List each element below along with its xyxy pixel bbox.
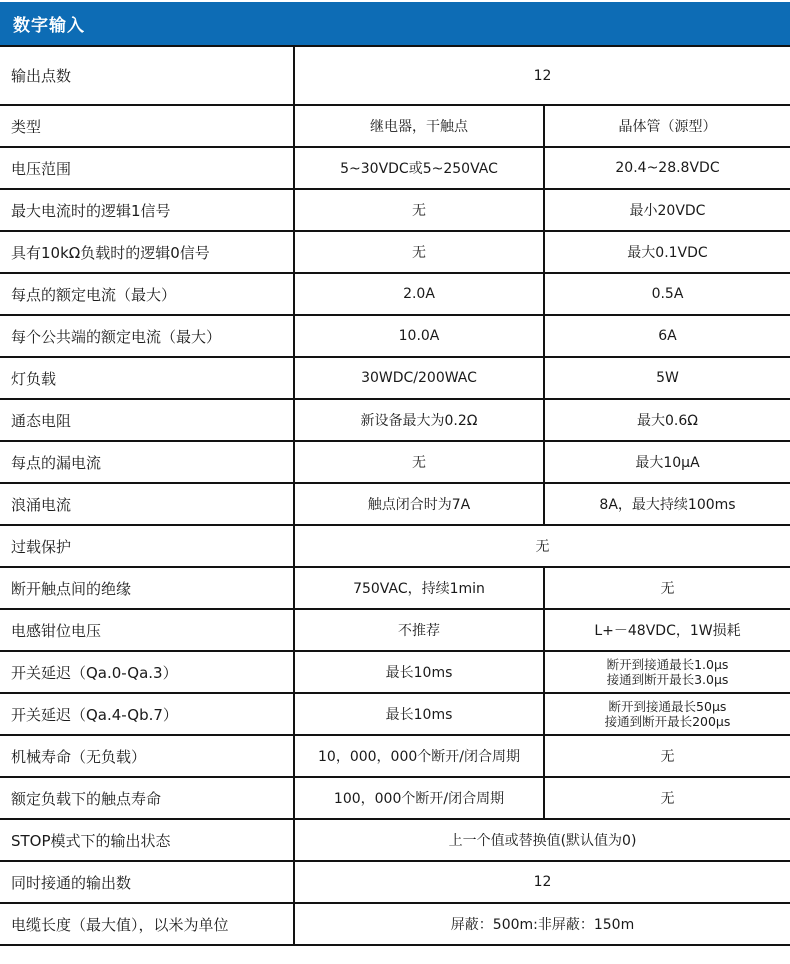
table-row: 每点的额定电流（最大）2.0A0.5A (0, 274, 790, 316)
table-header-title: 数字输入 (13, 11, 85, 36)
row-value-span: 屏蔽：500m:非屏蔽：150m (295, 904, 790, 944)
row-value-multiline: 断开到接通最长50μs接通到断开最长200μs (605, 699, 731, 729)
row-value-span: 无 (295, 526, 790, 566)
row-label: 开关延迟（Qa.0-Qa.3） (0, 652, 295, 692)
row-value-transistor-column: 断开到接通最长50μs接通到断开最长200μs (545, 694, 790, 734)
row-label: 通态电阻 (0, 400, 295, 440)
row-value-relay-column: 无 (295, 442, 545, 482)
row-label: 具有10kΩ负载时的逻辑0信号 (0, 232, 295, 272)
table-header: 数字输入 (0, 2, 790, 47)
row-value-relay-column: 750VAC，持续1min (295, 568, 545, 608)
table-row: 开关延迟（Qa.4-Qb.7）最长10ms断开到接通最长50μs接通到断开最长2… (0, 694, 790, 736)
table-row: 电缆长度（最大值），以米为单位屏蔽：500m:非屏蔽：150m (0, 904, 790, 946)
row-label: 电压范围 (0, 148, 295, 188)
table-row: 最大电流时的逻辑1信号无最小20VDC (0, 190, 790, 232)
row-label: 断开触点间的绝缘 (0, 568, 295, 608)
table-row: 电感钳位电压不推荐L+－48VDC，1W损耗 (0, 610, 790, 652)
row-label: 电感钳位电压 (0, 610, 295, 650)
row-value-transistor-column: 无 (545, 568, 790, 608)
row-label: 每点的额定电流（最大） (0, 274, 295, 314)
table-row: 电压范围5~30VDC或5~250VAC20.4~28.8VDC (0, 148, 790, 190)
row-value-relay-column: 无 (295, 190, 545, 230)
row-label: 同时接通的输出数 (0, 862, 295, 902)
digital-output-spec-table: 数字输入 输出点数12类型继电器，干触点晶体管（源型）电压范围5~30VDC或5… (0, 2, 790, 946)
table-row: 输出点数12 (0, 47, 790, 106)
row-value-line: 断开到接通最长50μs (605, 699, 731, 714)
table-row: STOP模式下的输出状态上一个值或替换值(默认值为0) (0, 820, 790, 862)
row-value-relay-column: 最长10ms (295, 652, 545, 692)
table-row: 每个公共端的额定电流（最大）10.0A6A (0, 316, 790, 358)
table-row: 过载保护无 (0, 526, 790, 568)
table-row: 机械寿命（无负载）10，000，000个断开/闭合周期无 (0, 736, 790, 778)
table-body: 输出点数12类型继电器，干触点晶体管（源型）电压范围5~30VDC或5~250V… (0, 47, 790, 946)
row-value-relay-column: 触点闭合时为7A (295, 484, 545, 524)
row-label: 电缆长度（最大值），以米为单位 (0, 904, 295, 944)
row-value-transistor-column: 无 (545, 736, 790, 776)
row-value-transistor-column: 最小20VDC (545, 190, 790, 230)
row-value-relay-column: 无 (295, 232, 545, 272)
row-label: 每个公共端的额定电流（最大） (0, 316, 295, 356)
row-label: 额定负载下的触点寿命 (0, 778, 295, 818)
row-value-transistor-column: 20.4~28.8VDC (545, 148, 790, 188)
row-value-transistor-column: 6A (545, 316, 790, 356)
table-row: 通态电阻新设备最大为0.2Ω最大0.6Ω (0, 400, 790, 442)
table-row: 每点的漏电流无最大10μA (0, 442, 790, 484)
row-value-relay-column: 30WDC/200WAC (295, 358, 545, 398)
row-label: 开关延迟（Qa.4-Qb.7） (0, 694, 295, 734)
row-label: 过载保护 (0, 526, 295, 566)
row-value-transistor-column: 最大0.6Ω (545, 400, 790, 440)
row-value-span: 12 (295, 862, 790, 902)
table-row: 浪涌电流触点闭合时为7A8A，最大持续100ms (0, 484, 790, 526)
row-value-transistor-column: 断开到接通最长1.0μs接通到断开最长3.0μs (545, 652, 790, 692)
row-value-relay-column: 100，000个断开/闭合周期 (295, 778, 545, 818)
row-label: 类型 (0, 106, 295, 146)
row-value-line: 断开到接通最长1.0μs (607, 657, 729, 672)
row-value-line: 接通到断开最长200μs (605, 714, 731, 729)
row-value-transistor-column: 晶体管（源型） (545, 106, 790, 146)
row-label: 最大电流时的逻辑1信号 (0, 190, 295, 230)
row-value-transistor-column: 8A，最大持续100ms (545, 484, 790, 524)
row-label: 浪涌电流 (0, 484, 295, 524)
table-row: 具有10kΩ负载时的逻辑0信号无最大0.1VDC (0, 232, 790, 274)
row-value-transistor-column: 最大0.1VDC (545, 232, 790, 272)
table-row: 类型继电器，干触点晶体管（源型） (0, 106, 790, 148)
row-value-relay-column: 继电器，干触点 (295, 106, 545, 146)
row-value-relay-column: 新设备最大为0.2Ω (295, 400, 545, 440)
table-row: 断开触点间的绝缘750VAC，持续1min无 (0, 568, 790, 610)
row-value-transistor-column: L+－48VDC，1W损耗 (545, 610, 790, 650)
row-value-relay-column: 5~30VDC或5~250VAC (295, 148, 545, 188)
table-row: 同时接通的输出数12 (0, 862, 790, 904)
row-value-line: 接通到断开最长3.0μs (607, 672, 729, 687)
row-value-relay-column: 10，000，000个断开/闭合周期 (295, 736, 545, 776)
row-value-span: 上一个值或替换值(默认值为0) (295, 820, 790, 860)
row-value-relay-column: 2.0A (295, 274, 545, 314)
row-label: 输出点数 (0, 47, 295, 104)
spec-sheet-page: 数字输入 输出点数12类型继电器，干触点晶体管（源型）电压范围5~30VDC或5… (0, 0, 790, 964)
row-label: 每点的漏电流 (0, 442, 295, 482)
row-value-multiline: 断开到接通最长1.0μs接通到断开最长3.0μs (607, 657, 729, 687)
table-row: 额定负载下的触点寿命100，000个断开/闭合周期无 (0, 778, 790, 820)
row-value-transistor-column: 无 (545, 778, 790, 818)
row-value-transistor-column: 0.5A (545, 274, 790, 314)
row-value-relay-column: 不推荐 (295, 610, 545, 650)
row-value-relay-column: 最长10ms (295, 694, 545, 734)
row-label: STOP模式下的输出状态 (0, 820, 295, 860)
table-row: 灯负载30WDC/200WAC5W (0, 358, 790, 400)
row-value-transistor-column: 最大10μA (545, 442, 790, 482)
row-value-span: 12 (295, 47, 790, 104)
row-label: 机械寿命（无负载） (0, 736, 295, 776)
table-row: 开关延迟（Qa.0-Qa.3）最长10ms断开到接通最长1.0μs接通到断开最长… (0, 652, 790, 694)
row-value-transistor-column: 5W (545, 358, 790, 398)
row-label: 灯负载 (0, 358, 295, 398)
row-value-relay-column: 10.0A (295, 316, 545, 356)
